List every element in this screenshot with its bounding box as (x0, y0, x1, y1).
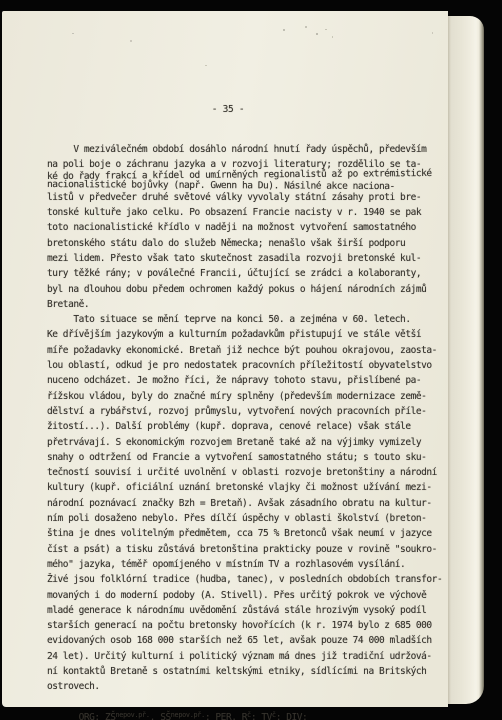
text-line: nuceno odcházet. Je možno říci, že nápra… (47, 373, 447, 388)
text-line: Tato situace se mění teprve na konci 50.… (47, 312, 447, 327)
scan-speck (305, 26, 307, 28)
scan-speck (205, 65, 207, 66)
code-superscript: nepov.př. (116, 711, 150, 719)
code-superscript: nepov.př. (171, 711, 205, 719)
text-line: přetrvávají. S ekonomickým rozvojem Bret… (47, 435, 447, 450)
code-line: ORG; ZŠnepov.př., SŠnepov.př.; PER, Rč; … (47, 695, 447, 710)
scan-speck (130, 40, 132, 42)
book-fore-edge (448, 16, 484, 704)
text-line: tury těžké rány; v poválečné Francii, úč… (47, 266, 447, 281)
scan-speck (432, 32, 433, 34)
code-segment: ; DIV; (276, 712, 308, 720)
text-line: 24 let). Určitý kulturní i politický výz… (47, 649, 447, 664)
text-line: tonské kultuře jako celku. Po obsazení F… (47, 205, 447, 220)
text-line: byl na dlouhou dobu předem ochromen každ… (47, 282, 447, 297)
code-superscript: č (272, 711, 276, 719)
text-line: Ke dřívějším jazykovým a kulturním požad… (47, 327, 447, 342)
text-line: ostrovech. (47, 679, 447, 694)
text-line: ní kontaktů Bretaně s ostatními keltským… (47, 664, 447, 679)
text-line: ština je dnes volitelným předmětem, cca … (47, 526, 447, 541)
text-line: žitostí...). Další problémy (kupř. dopra… (47, 419, 447, 434)
text-line: lou oblastí, odkud je pro nedostatek pra… (47, 358, 447, 373)
body-text: V meziválečném období dosáhlo národní hn… (47, 142, 447, 710)
text-line: movaných i do moderní podoby (A. Stivell… (47, 588, 447, 603)
text-line: toto nacionalistické křídlo v naději na … (47, 220, 447, 235)
scan-speck (72, 33, 74, 34)
text-line: mezi lidem. Přesto však tato skutečnost … (47, 251, 447, 266)
text-line: Bretaně. (47, 297, 447, 312)
text-line: starších generací na počtu bretonsky hov… (47, 618, 447, 633)
book-page: - 35 - V meziválečném období dosáhlo nár… (2, 11, 448, 707)
code-segment: ; PER, R (205, 712, 247, 720)
text-line: tečností souvisí i určité uvolnění v obl… (47, 465, 447, 480)
text-line: snahy o odtržení od Francie a vytvoření … (47, 450, 447, 465)
text-line: číst a psát) a tisku zůstává bretonština… (47, 542, 447, 557)
code-segment: , SŠ (150, 712, 171, 720)
text-line: národní poznávací značky Bzh = Bretaň). … (47, 496, 447, 511)
scan-speck (325, 29, 327, 30)
text-line: míře požadavky ekonomické. Bretaň již ne… (47, 343, 447, 358)
code-segment: ORG; ZŠ (79, 712, 116, 720)
text-line: dělství a rybářství, rozvoj průmyslu, vy… (47, 404, 447, 419)
code-superscript: č (247, 711, 251, 719)
code-segment: ; TV (251, 712, 272, 720)
text-line: evidovaných osob 168 000 starších než 65… (47, 633, 447, 648)
text-line: kultury (kupř. oficiální uznání bretonsk… (47, 480, 447, 495)
text-line: ním poli dosaženo nebylo. Přes dílčí úsp… (47, 511, 447, 526)
text-line: řížskou vládou, byly do značné míry spln… (47, 389, 447, 404)
text-line: bretonského státu dalo do služeb Německa… (47, 236, 447, 251)
scan-speck (332, 36, 333, 38)
scanned-book-photo: { "colors": { "backdrop": "#050505", "pa… (0, 0, 502, 720)
scan-speck (283, 29, 285, 31)
scan-speck (316, 33, 318, 35)
text-line: Živé jsou folklórní tradice (hudba, tane… (47, 572, 447, 587)
text-line: V meziválečném období dosáhlo národní hn… (47, 142, 447, 157)
text-line: mladé generace k národnímu uvědomění zůs… (47, 603, 447, 618)
text-line: mého" jazyka, téměř opomíjeného v místní… (47, 557, 447, 572)
page-number: - 35 - (2, 104, 448, 115)
